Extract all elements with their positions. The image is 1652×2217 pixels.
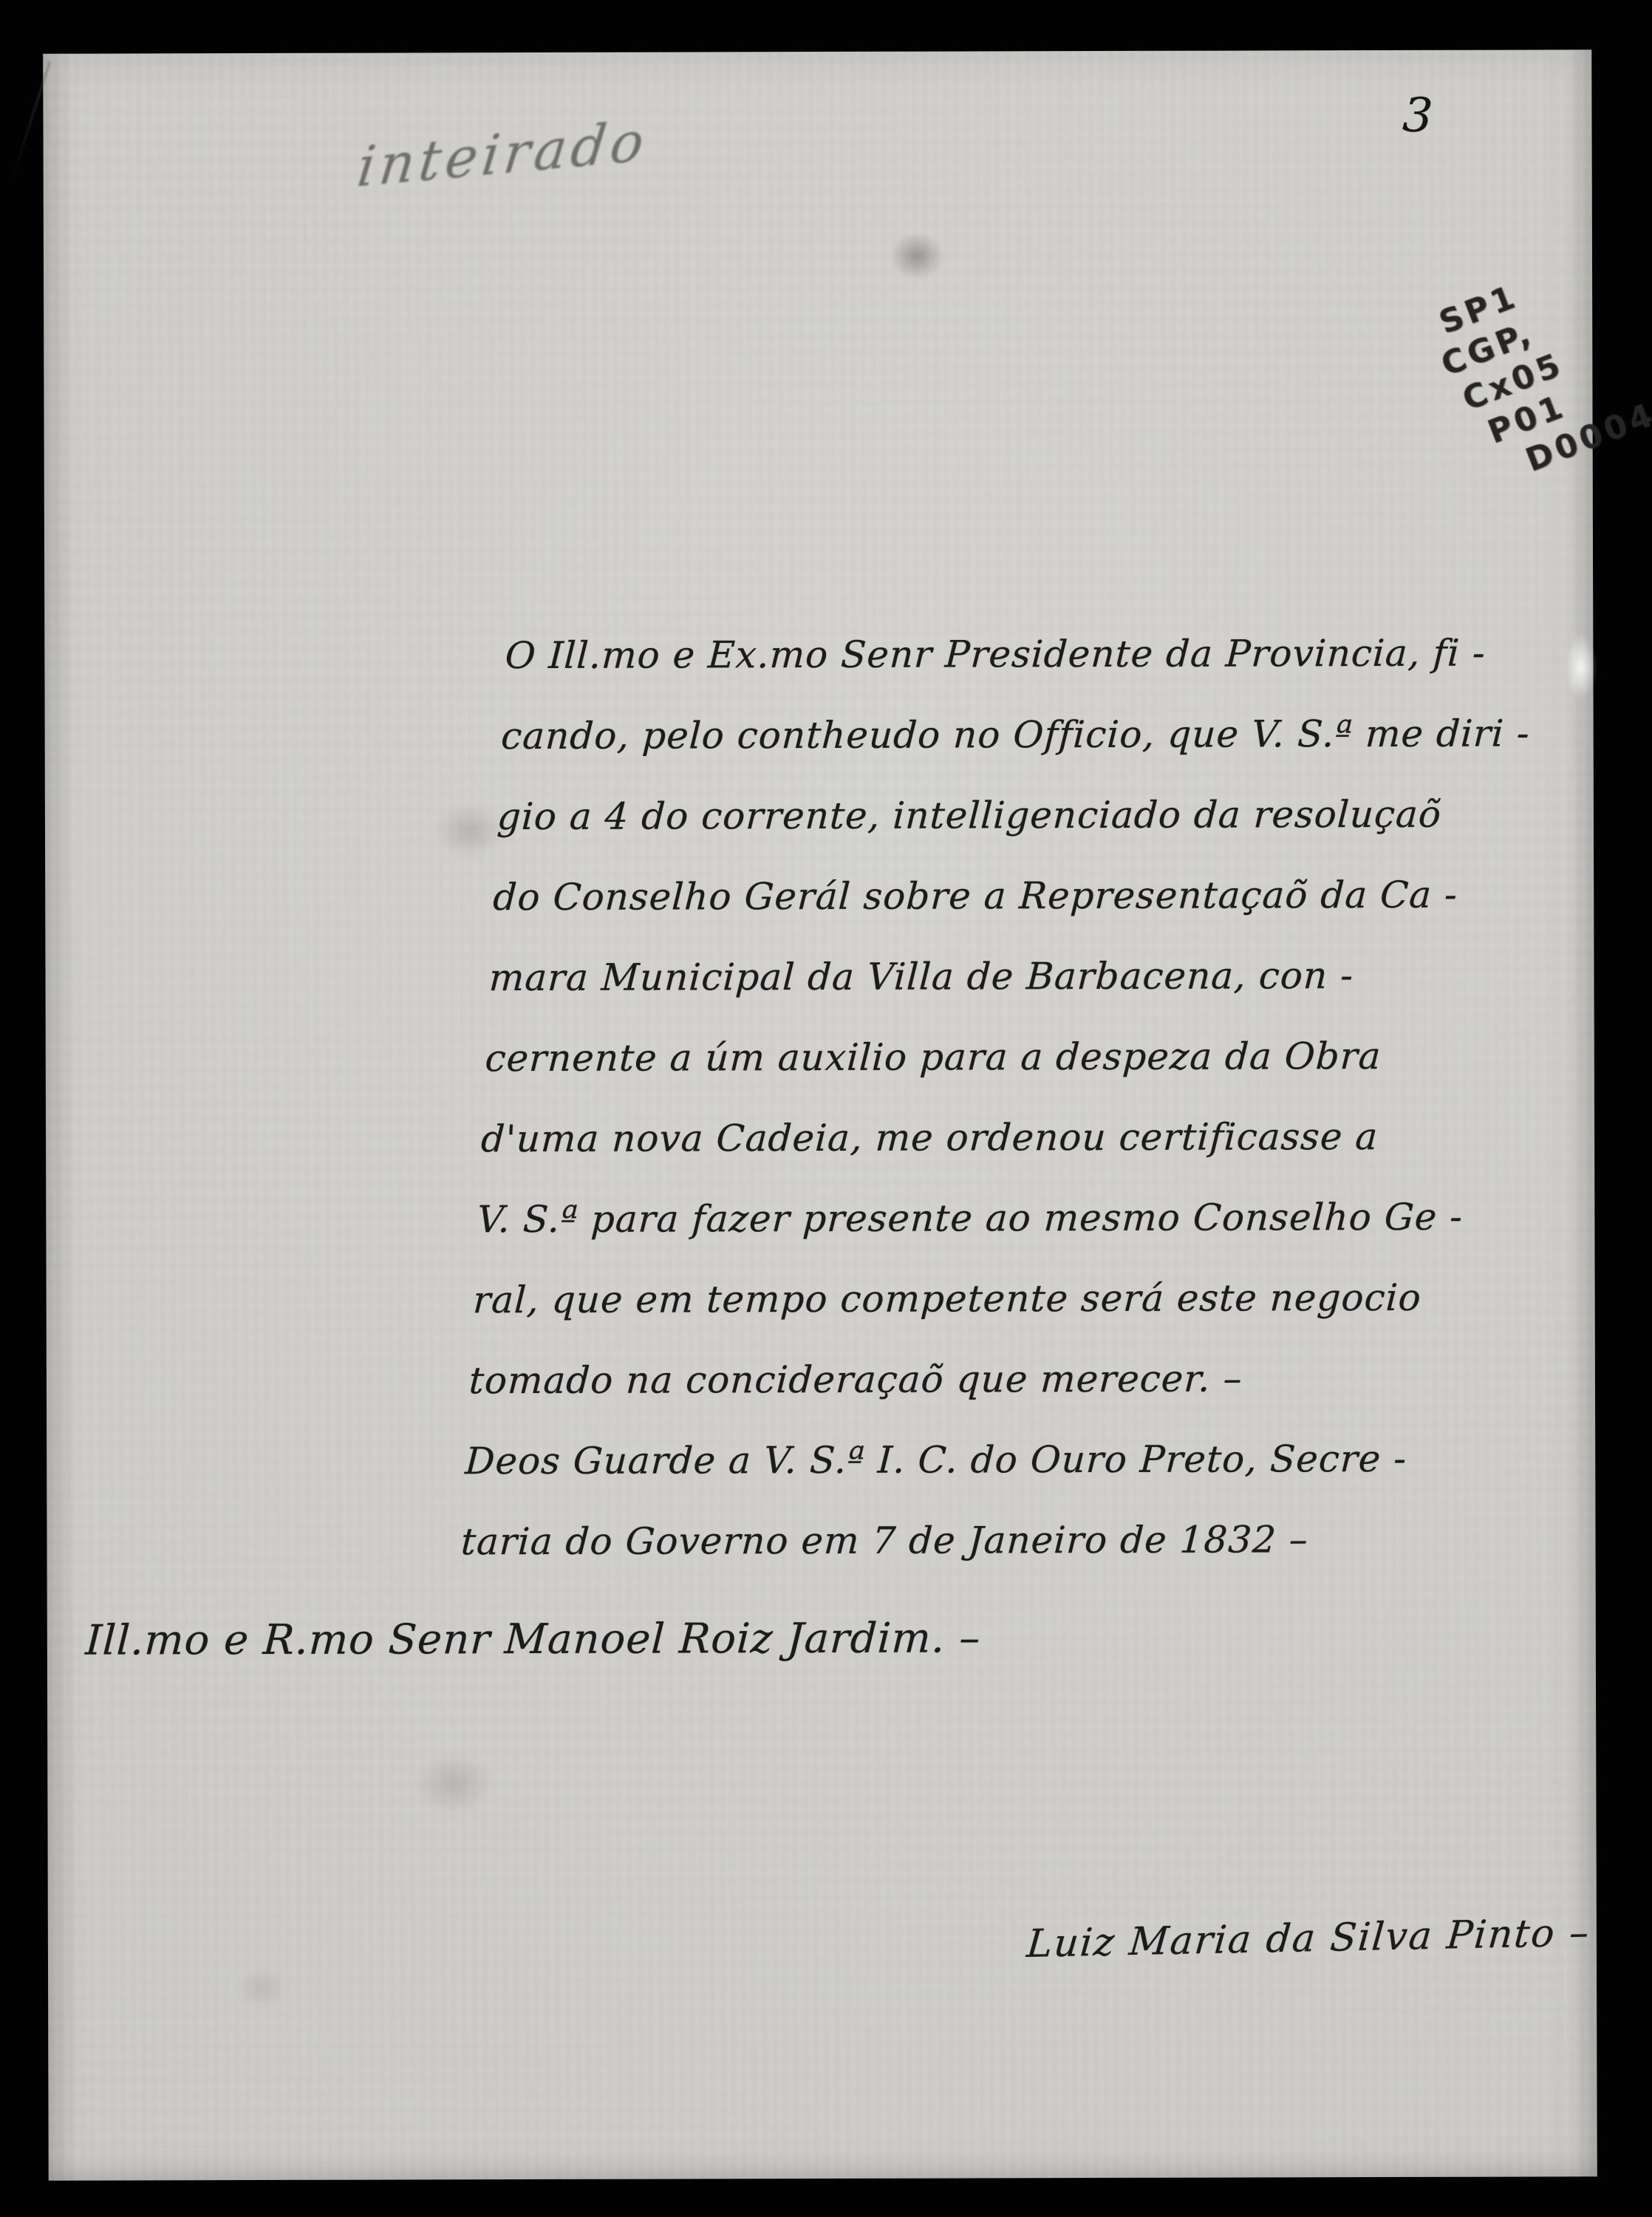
ink-stain: [890, 233, 944, 280]
body-line: V. S.ª para fazer presente ao mesmo Cons…: [475, 1177, 1508, 1261]
paper-sheet: inteirado 3 SP1 CGP, Cx05 P01 D0004 O Il…: [43, 50, 1597, 2180]
archive-reference-stamp: SP1 CGP, Cx05 P01 D0004: [1421, 246, 1652, 497]
corner-crease: [10, 61, 51, 182]
scan-background: inteirado 3 SP1 CGP, Cx05 P01 D0004 O Il…: [0, 0, 1652, 2217]
body-line: cernente a úm auxilio para a despeza da …: [483, 1016, 1516, 1100]
body-line: O Ill.mo e Ex.mo Senr Presidente da Prov…: [503, 613, 1536, 696]
paper-stain: [236, 1967, 288, 2009]
body-line: cando, pelo contheudo no Officio, que V.…: [499, 693, 1532, 777]
scanned-document-photo: { "page": { "number": "3", "pencil_note"…: [0, 0, 1652, 2217]
recipient-address: Ill.mo e R.mo Senr Manoel Roiz Jardim. –: [84, 1614, 982, 1664]
body-line: Deos Guarde a V. S.ª I. C. do Ouro Preto…: [463, 1419, 1496, 1502]
right-edge-tear: [1565, 633, 1596, 700]
letter-body: O Ill.mo e Ex.mo Senr Presidente da Prov…: [459, 613, 1536, 1582]
signature: Luiz Maria da Silva Pinto –: [1025, 1911, 1591, 1966]
body-line: gio a 4 do corrente, intelligenciado da …: [495, 774, 1528, 857]
body-line: tomado na concideraçaõ que merecer. –: [467, 1338, 1500, 1422]
pencil-annotation: inteirado: [354, 109, 652, 200]
body-line: mara Municipal da Villa de Barbacena, co…: [487, 936, 1520, 1019]
body-line: ral, que em tempo competente será este n…: [471, 1258, 1504, 1341]
paper-stain: [413, 1752, 494, 1814]
body-line: d'uma nova Cadeia, me ordenou certificas…: [479, 1097, 1512, 1180]
body-line: do Conselho Gerál sobre a Representaçaõ …: [491, 855, 1524, 939]
page-number: 3: [1402, 88, 1434, 144]
body-line: taria do Governo em 7 de Janeiro de 1832…: [459, 1499, 1492, 1583]
